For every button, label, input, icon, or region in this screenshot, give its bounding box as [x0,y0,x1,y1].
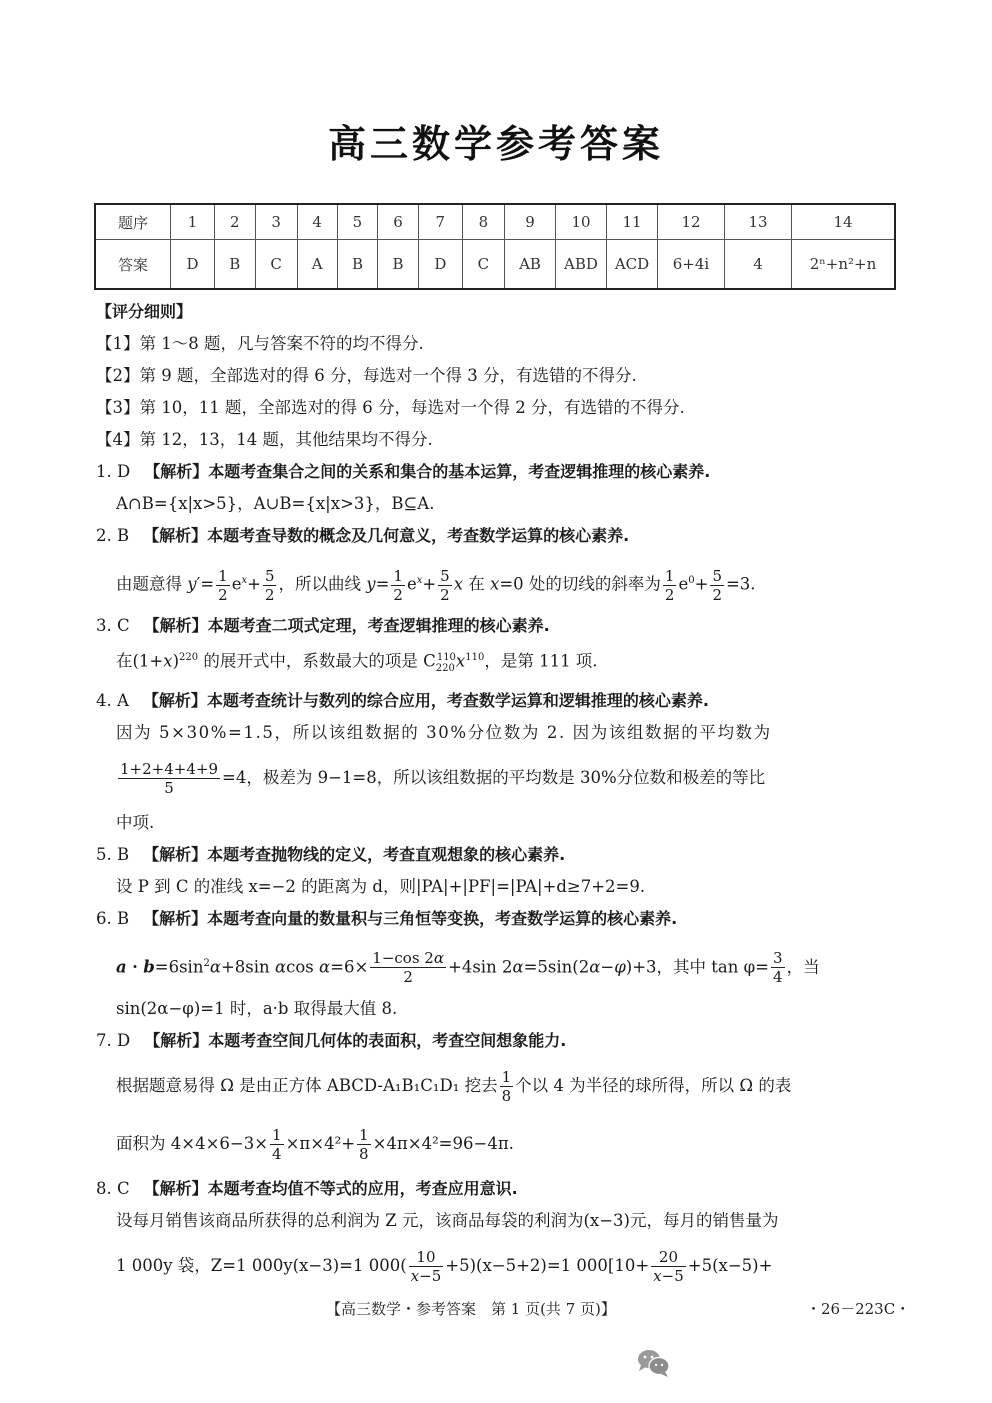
fraction: 1+2+4+4+95 [118,760,220,797]
solution-header: 8. C【解析】本题考查均值不等式的应用，考查应用意识. [96,1173,901,1205]
text-run: 处的切线的斜率为 [524,575,661,594]
question-cell: 2 [214,204,255,240]
solution-number: 7. D [96,1031,130,1050]
grading-heading: 【评分细则】 [96,296,901,328]
solution-line: 1 000y 袋，Z=1 000y(x−3)=1 000(10x−5+5)(x−… [96,1237,901,1295]
fraction: 20x−5 [651,1248,686,1285]
fraction: 52 [710,567,724,604]
fraction: 12 [391,567,405,604]
answer-cell: D [418,240,462,290]
fraction: 10x−5 [409,1248,444,1285]
solution-line: sin(2α−φ)=1 时，a·b 取得最大值 8. [96,993,901,1025]
fraction: 52 [263,567,277,604]
solution-number: 1. D [96,462,130,481]
question-cell: 12 [658,204,725,240]
text-run: 的展开式中，系数最大的项是 C [198,652,436,671]
text-run: 根据题意易得 Ω 是由正方体 ABCD-A₁B₁C₁D₁ 挖去 [116,1076,498,1095]
question-cell: 13 [725,204,792,240]
grading-rule: 【4】第 12，13，14 题，其他结果均不得分. [96,424,901,456]
solution-header: 6. B【解析】本题考查向量的数量积与三角恒等变换，考查数学运算的核心素养. [96,903,901,935]
text-run: 面积为 4×4×6−3× [116,1134,268,1153]
answer-cell: C [462,240,504,290]
answer-cell: ACD [607,240,658,290]
solution-line: 设 P 到 C 的准线 x=−2 的距离为 d，则|PA|+|PF|=|PA|+… [96,871,901,903]
solution-line: a・b=6sin2α+8sin αcos α=6×1−cos 2α2+4sin … [96,935,901,993]
fraction: 12 [663,567,677,604]
solution-line: 由题意得 y′=12ex+52，所以曲线 y=12ex+52x 在 x=0 处的… [96,552,901,610]
text-run: 在 [463,575,490,594]
text-run: ，所以曲线 [278,575,366,594]
fraction: 18 [500,1068,514,1105]
text-run: =4，极差为 9−1=8，所以该组数据的平均数是 30%分位数和极差的等比 [222,768,765,787]
question-cell: 9 [505,204,556,240]
answer-cell: 6+4i [658,240,725,290]
solution-line: 中项. [96,807,901,839]
solution-analysis: 【解析】本题考查抛物线的定义，考查直观想象的核心素养. [143,845,565,864]
grading-rule: 【2】第 9 题，全部选对的得 6 分，每选对一个得 3 分，有选错的不得分. [96,360,901,392]
solution-header: 3. C【解析】本题考查二项式定理，考查逻辑推理的核心素养. [96,610,901,642]
solution-analysis: 【解析】本题考查空间几何体的表面积，考查空间想象能力. [144,1031,566,1050]
solution-analysis: 【解析】本题考查集合之间的关系和集合的基本运算，考查逻辑推理的核心素养. [144,462,710,481]
row-label-question: 题序 [95,204,171,240]
question-cell: 4 [297,204,337,240]
question-cell: 8 [462,204,504,240]
question-cell: 6 [378,204,419,240]
solution-number: 4. A [96,691,129,710]
answer-cell: AB [505,240,556,290]
grading-rule: 【1】第 1～8 题，凡与答案不符的均不得分. [96,328,901,360]
question-cell: 3 [255,204,297,240]
solution-analysis: 【解析】本题考查向量的数量积与三角恒等变换，考查数学运算的核心素养. [143,909,677,928]
document-code: ・26－223C・ [806,1298,910,1319]
solution-number: 5. B [96,845,129,864]
question-cell: 10 [556,204,607,240]
answer-cell: B [337,240,378,290]
text-run: 1 000y 袋，Z=1 000y(x−3)=1 000( [116,1256,407,1275]
page-title: 高三数学参考答案 [0,113,992,168]
solution-number: 6. B [96,909,129,928]
fraction: 18 [357,1126,371,1163]
page-footer: 【高三数学・参考答案 第 1 页(共 7 页)】 [326,1298,616,1319]
solution-header: 2. B【解析】本题考查导数的概念及几何意义，考查数学运算的核心素养. [96,520,901,552]
answer-cell: B [378,240,419,290]
solution-header: 4. A【解析】本题考查统计与数列的综合应用，考查数学运算和逻辑推理的核心素养. [96,685,901,717]
answer-cell: 4 [725,240,792,290]
text-run: 由题意得 [116,575,187,594]
solution-number: 3. C [96,616,130,635]
solution-line: 面积为 4×4×6−3×14×π×4²+18×4π×4²=96−4π. [96,1115,901,1173]
solution-analysis: 【解析】本题考查二项式定理，考查逻辑推理的核心素养. [144,616,550,635]
solution-line: A∩B={x|x>5}，A∪B={x|x>3}，B⊆A. [96,488,901,520]
question-cell: 11 [607,204,658,240]
grading-rule: 【3】第 10，11 题，全部选对的得 6 分，每选对一个得 2 分，有选错的不… [96,392,901,424]
text-run: ，当 [787,957,820,976]
text-run: ，其中 tan φ= [657,957,769,976]
solution-header: 1. D【解析】本题考查集合之间的关系和集合的基本运算，考查逻辑推理的核心素养. [96,456,901,488]
solution-analysis: 【解析】本题考查均值不等式的应用，考查应用意识. [144,1179,518,1198]
fraction: 1−cos 2α2 [370,949,446,986]
solution-analysis: 【解析】本题考查统计与数列的综合应用，考查数学运算和逻辑推理的核心素养. [143,691,709,710]
wechat-icon [636,1348,672,1378]
text-run: +5(x−5)+ [688,1256,773,1275]
solution-number: 2. B [96,526,129,545]
solution-header: 5. B【解析】本题考查抛物线的定义，考查直观想象的核心素养. [96,839,901,871]
question-cell: 14 [792,204,896,240]
solution-number: 8. C [96,1179,130,1198]
solutions-body: 【评分细则】 【1】第 1～8 题，凡与答案不符的均不得分. 【2】第 9 题，… [96,296,901,1295]
solution-line: 1+2+4+4+95=4，极差为 9−1=8，所以该组数据的平均数是 30%分位… [96,749,901,807]
row-label-answer: 答案 [95,240,171,290]
text-run: ×π×4²+ [286,1134,355,1153]
text-run: 个以 4 为半径的球所得，所以 Ω 的表 [515,1076,791,1095]
answer-cell: ABD [556,240,607,290]
solution-line: 根据题意易得 Ω 是由正方体 ABCD-A₁B₁C₁D₁ 挖去18个以 4 为半… [96,1057,901,1115]
solution-line: 在(1+x)220 的展开式中，系数最大的项是 C220110x110，是第 1… [96,642,901,685]
fraction: 14 [270,1126,284,1163]
question-cell: 5 [337,204,378,240]
question-cell: 1 [171,204,215,240]
text-run: ，是第 111 项. [484,652,597,671]
text-run: 在(1+ [116,652,163,671]
text-run: ×4π×4²=96−4π. [373,1134,514,1153]
fraction: 12 [216,567,230,604]
question-number-row: 题序 1 2 3 4 5 6 7 8 9 10 11 12 13 14 [95,204,895,240]
solution-line: 设每月销售该商品所获得的总利润为 Z 元，该商品每袋的利润为(x−3)元，每月的… [96,1205,901,1237]
answer-row: 答案 D B C A B B D C AB ABD ACD 6+4i 4 2ⁿ+… [95,240,895,290]
answer-cell: C [255,240,297,290]
solution-line: 因为 5×30%=1.5，所以该组数据的 30%分位数为 2. 因为该组数据的平… [96,717,901,749]
answer-cell: D [171,240,215,290]
solution-header: 7. D【解析】本题考查空间几何体的表面积，考查空间想象能力. [96,1025,901,1057]
question-cell: 7 [418,204,462,240]
text-run: +5)(x−5+2)=1 000[10+ [445,1256,649,1275]
answer-cell: B [214,240,255,290]
answer-cell: 2ⁿ+n²+n [792,240,896,290]
fraction: 34 [771,949,785,986]
solution-analysis: 【解析】本题考查导数的概念及几何意义，考查数学运算的核心素养. [143,526,629,545]
answer-cell: A [297,240,337,290]
answer-table: 题序 1 2 3 4 5 6 7 8 9 10 11 12 13 14 答案 D… [94,203,896,290]
fraction: 52 [438,567,452,604]
